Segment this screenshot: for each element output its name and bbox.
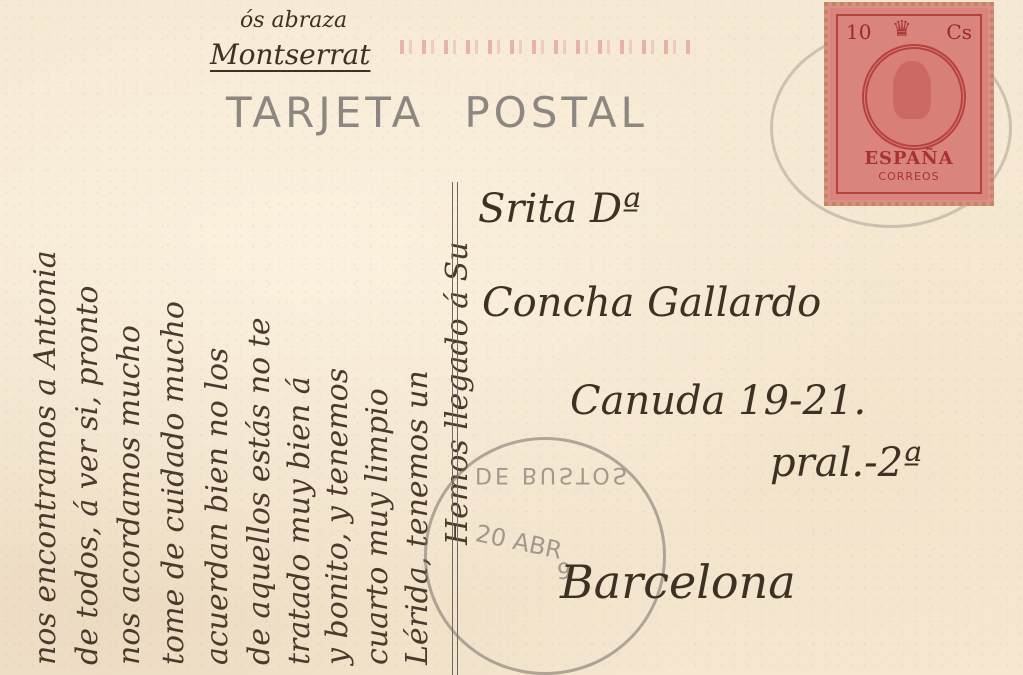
message-line: acuerdan bien no los [200,348,235,665]
address-city: Barcelona [560,555,796,609]
postmark-top-text: DE BUSTOS [475,462,630,487]
postcard-back: TARJETAPOSTAL ós abraza Montserrat Hemos… [0,0,1023,675]
stamp-perforation [824,2,994,206]
message-line: nos encontramos a Antonia [28,250,63,665]
message-line: tratado muy bien á [282,376,317,665]
postmark-date: 20 ABR [473,519,565,565]
message-line: de aquellos estás no te [242,317,277,665]
message-line: cuarto muy limpio [360,388,395,665]
address-floor: pral.-2ª [770,440,922,486]
address-street: Canuda 19-21. [570,378,866,424]
message-line: y bonito, y tenemos [320,368,355,665]
message-line: de todos, á ver si, pronto [70,286,105,665]
address-name: Concha Gallardo [482,280,821,326]
message-line: nos acordamos mucho [112,325,147,665]
title-word-postal: POSTAL [464,88,648,137]
address-salutation: Srita Dª [478,186,641,232]
message-block: Hemos llegado á Su Lérida, tenemos un cu… [0,0,450,675]
message-line: tome de cuidado mucho [156,301,191,665]
